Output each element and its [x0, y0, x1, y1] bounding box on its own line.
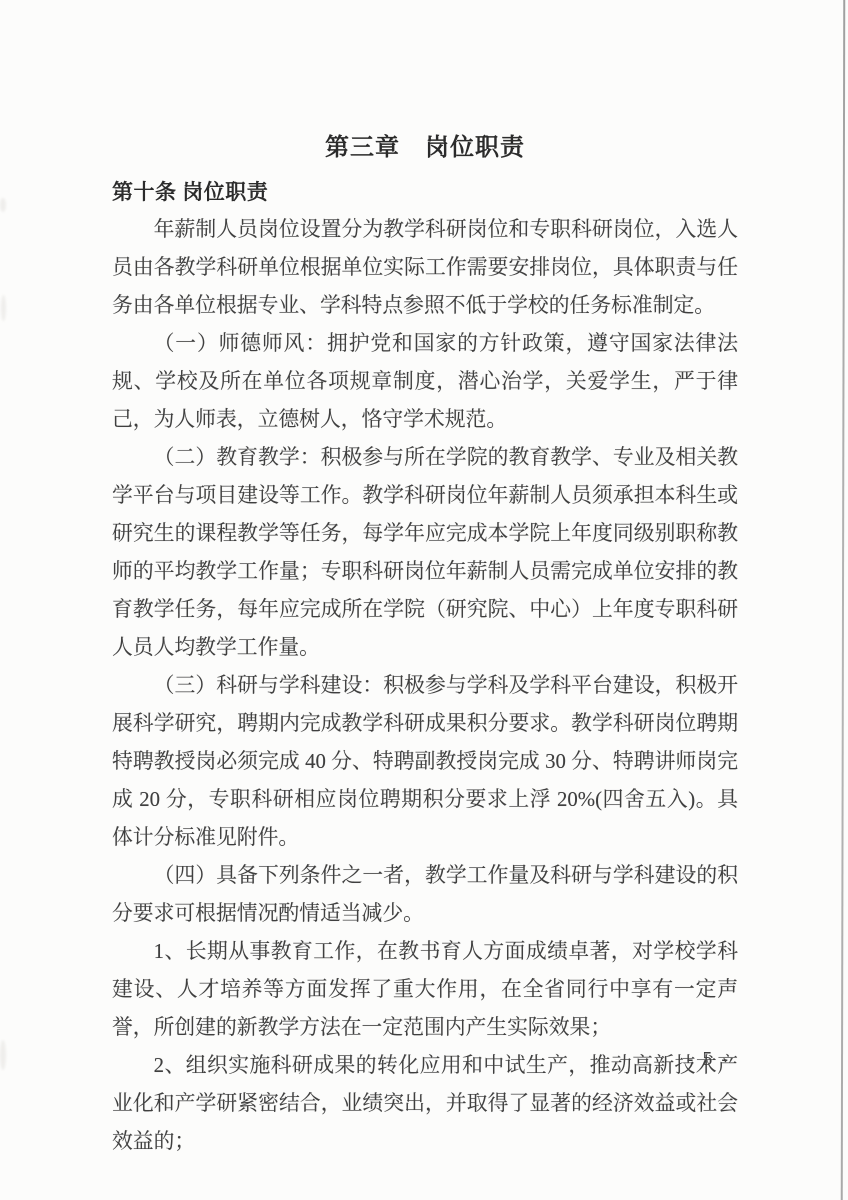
paragraph-item-2-jiaoyu: （二）教育教学：积极参与所在学院的教育教学、专业及相关教学平台与项目建设等工作。… — [112, 439, 738, 667]
document-content: 第三章 岗位职责 第十条 岗位职责 年薪制人员岗位设置分为教学科研岗位和专职科研… — [112, 133, 738, 1161]
scan-smudge — [1, 295, 6, 321]
article-heading: 第十条 岗位职责 — [112, 173, 738, 211]
scan-edge-line — [841, 0, 846, 1200]
scan-smudge — [0, 198, 6, 212]
paragraph-subitem-1: 1、长期从事教育工作，在教书育人方面成绩卓著，对学校学科建设、人才培养等方面发挥… — [112, 933, 738, 1047]
paragraph-subitem-2: 2、组织实施科研成果的转化应用和中试生产，推动高新技术产业化和产学研紧密结合，业… — [112, 1047, 738, 1161]
chapter-title: 第三章 岗位职责 — [112, 133, 738, 163]
scanned-document-page: 第三章 岗位职责 第十条 岗位职责 年薪制人员岗位设置分为教学科研岗位和专职科研… — [0, 0, 848, 1200]
paragraph-intro: 年薪制人员岗位设置分为教学科研岗位和专职科研岗位，入选人员由各教学科研单位根据单… — [112, 211, 738, 325]
page-number: - 5 - — [687, 1048, 730, 1071]
paragraph-item-3-keyan: （三）科研与学科建设：积极参与学科及学科平台建设，积极开展科学研究，聘期内完成教… — [112, 667, 738, 857]
paragraph-item-1-shide: （一）师德师风：拥护党和国家的方针政策，遵守国家法律法规、学校及所在单位各项规章… — [112, 325, 738, 439]
scan-smudge — [0, 1040, 6, 1070]
paragraph-item-4-tiaojian: （四）具备下列条件之一者，教学工作量及科研与学科建设的积分要求可根据情况酌情适当… — [112, 857, 738, 933]
